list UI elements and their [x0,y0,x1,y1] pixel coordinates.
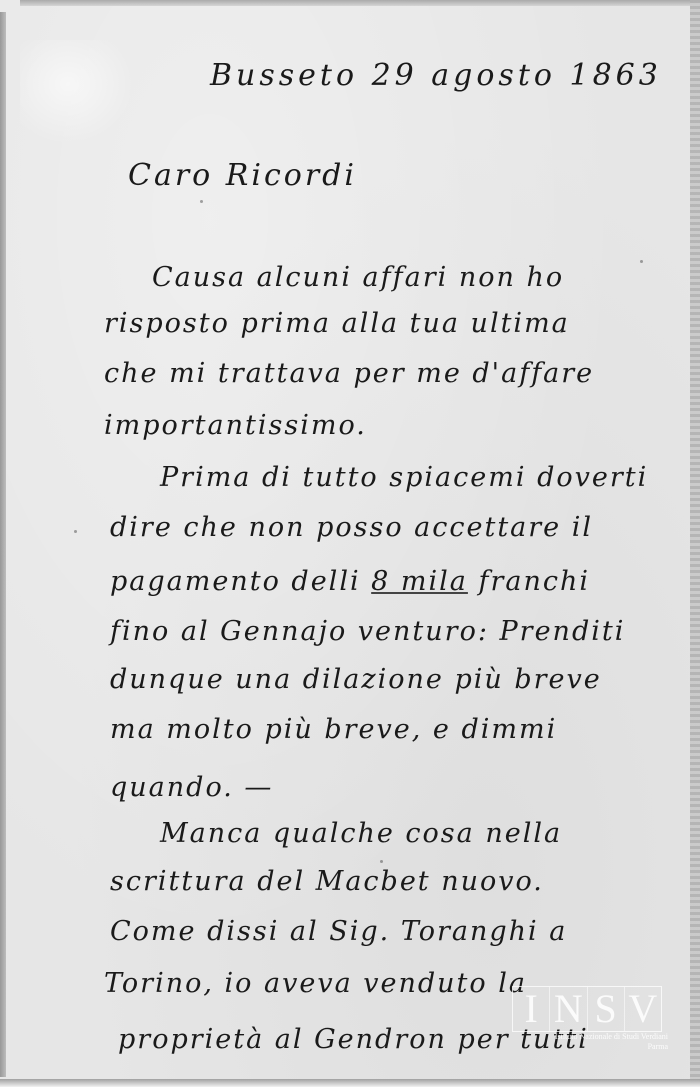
letter-line: che mi trattava per me d'affare [104,358,594,389]
scan-edge-top [20,0,700,6]
watermark-caption-line: Parma [528,1042,668,1052]
letter-line: Prima di tutto spiacemi doverti [160,462,648,493]
paper-speck [640,260,643,263]
scanned-letter-page: Busseto 29 agosto 1863 Caro Ricordi Caus… [0,0,700,1087]
watermark-caption: Istituto Nazionale di Studi Verdiani Par… [528,1032,668,1052]
scan-edge-right [690,0,700,1087]
paper-speck [380,860,383,863]
letter-line: pagamento delli 8 mila franchi [110,566,590,597]
letter-line: dunque una dilazione più breve [110,664,602,695]
letter-text-fragment: pagamento delli [110,566,371,597]
letter-line: scrittura del Macbet nuovo. [110,866,544,897]
letter-line: Come dissi al Sig. Toranghi a [110,916,567,947]
letter-line: risposto prima alla tua ultima [104,308,570,339]
letter-line: importantissimo. [104,410,367,441]
letter-text-fragment: franchi [468,566,590,597]
paper-speck [74,530,77,533]
watermark-letter: S [588,987,625,1031]
watermark-caption-line: Istituto Nazionale di Studi Verdiani [528,1032,668,1042]
watermark-letter: V [625,987,661,1031]
letter-line: fino al Gennajo venturo: Prenditi [110,616,625,647]
letter-line: Torino, io aveva venduto la [104,968,527,999]
scan-edge-bottom [0,1079,700,1087]
paper-speck [200,200,203,203]
letter-line: dire che non posso accettare il [110,512,593,543]
letter-line: Causa alcuni affari non ho [152,262,564,293]
watermark-letter: N [550,987,587,1031]
insv-watermark: I N S V [512,986,662,1032]
letter-line: Manca qualche cosa nella [160,818,562,849]
paper-crease [20,40,140,150]
scan-edge-left [0,12,6,1077]
letter-salutation: Caro Ricordi [128,158,357,193]
underlined-amount: 8 mila [371,566,468,597]
letter-dateline: Busseto 29 agosto 1863 [210,58,662,93]
letter-line: ma molto più breve, e dimmi [110,714,557,745]
letter-line: quando. — [110,772,273,803]
watermark-letter: I [513,987,550,1031]
